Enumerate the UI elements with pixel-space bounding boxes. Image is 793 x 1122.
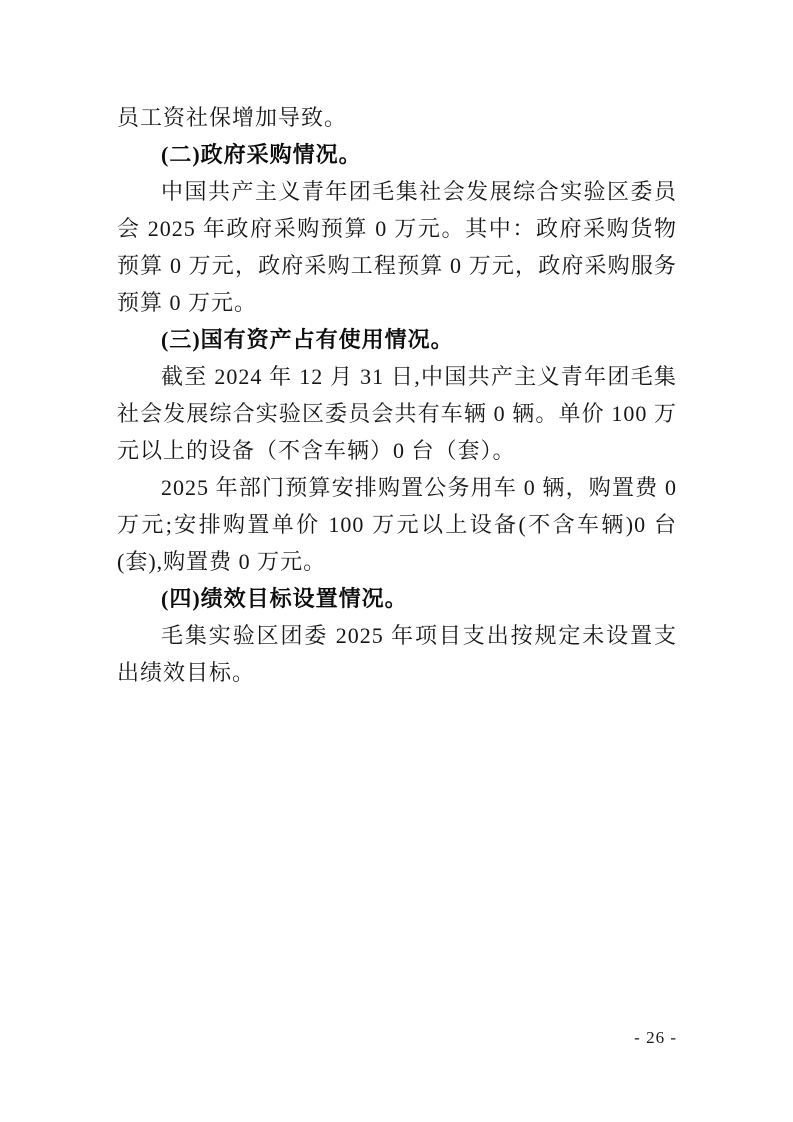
paragraph-continuation-salary-social-security: 员工资社保增加导致。 bbox=[117, 99, 677, 136]
paragraph-assets-2025-purchases: 2025 年部门预算安排购置公务用车 0 辆，购置费 0 万元;安排购置单价 1… bbox=[117, 469, 677, 580]
page-number: - 26 - bbox=[634, 1028, 677, 1048]
section-heading-government-procurement: (二)政府采购情况。 bbox=[117, 136, 677, 173]
document-body: 员工资社保增加导致。 (二)政府采购情况。 中国共产主义青年团毛集社会发展综合实… bbox=[117, 99, 677, 691]
paragraph-assets-vehicles: 截至 2024 年 12 月 31 日,中国共产主义青年团毛集社会发展综合实验区… bbox=[117, 358, 677, 469]
section-heading-state-assets: (三)国有资产占有使用情况。 bbox=[117, 321, 677, 358]
paragraph-performance-targets: 毛集实验区团委 2025 年项目支出按规定未设置支出绩效目标。 bbox=[117, 617, 677, 691]
document-page: 员工资社保增加导致。 (二)政府采购情况。 中国共产主义青年团毛集社会发展综合实… bbox=[0, 0, 793, 1122]
paragraph-procurement-budget: 中国共产主义青年团毛集社会发展综合实验区委员会 2025 年政府采购预算 0 万… bbox=[117, 173, 677, 321]
section-heading-performance-targets: (四)绩效目标设置情况。 bbox=[117, 580, 677, 617]
